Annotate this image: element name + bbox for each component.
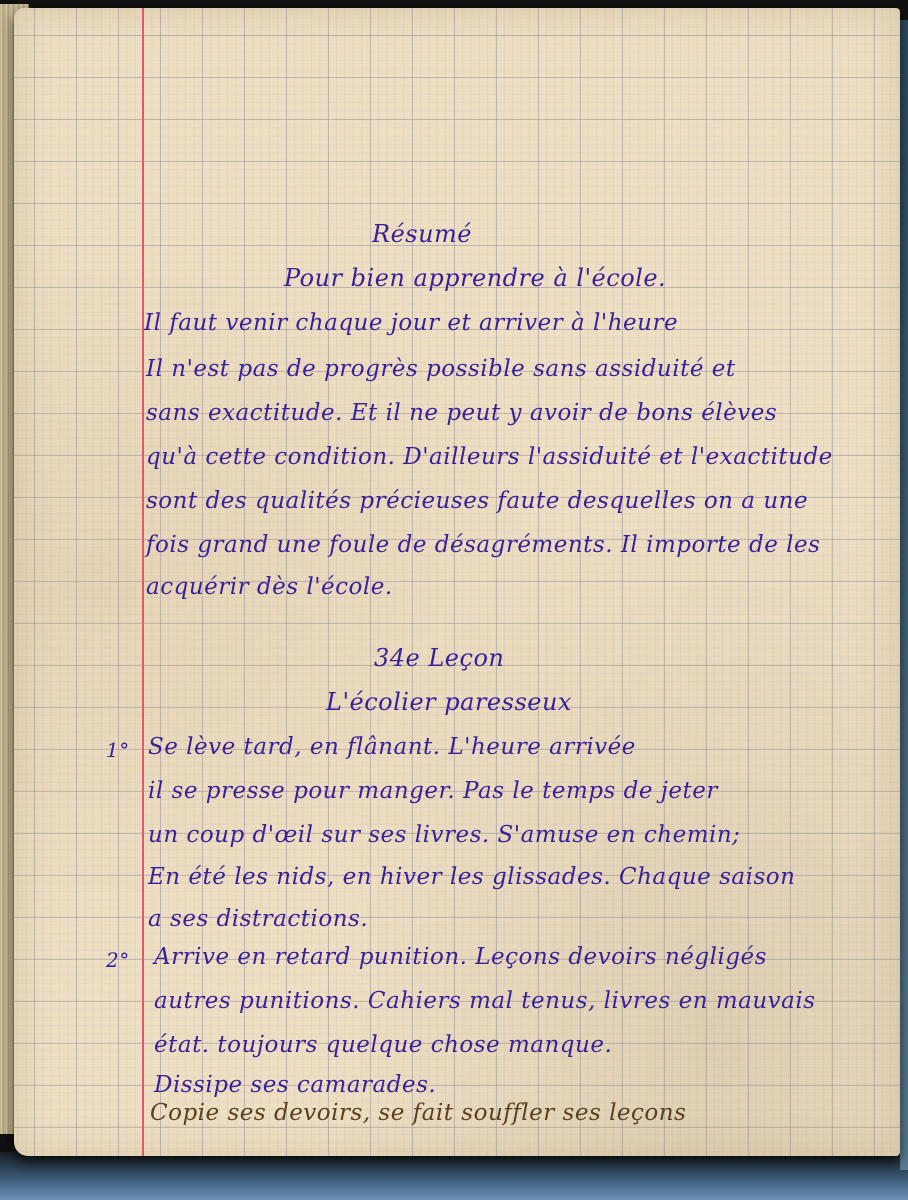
lesson-line: En été les nids, en hiver les glissades.… xyxy=(148,864,795,890)
item-marker: 2° xyxy=(106,948,130,972)
resume-line: acquérir dès l'école. xyxy=(146,574,393,600)
resume-line: Il n'est pas de progrès possible sans as… xyxy=(146,356,736,382)
red-margin-line xyxy=(142,8,144,1156)
lesson-line: Dissipe ses camarades. xyxy=(154,1072,436,1098)
resume-line: qu'à cette condition. D'ailleurs l'assid… xyxy=(146,444,833,470)
lesson-line: état. toujours quelque chose manque. xyxy=(154,1032,612,1058)
lesson-line: un coup d'œil sur ses livres. S'amuse en… xyxy=(148,822,740,848)
table-surface xyxy=(0,1152,908,1200)
resume-subheading: Pour bien apprendre à l'école. xyxy=(284,264,666,292)
scanned-notebook-scene: Résumé Pour bien apprendre à l'école. Il… xyxy=(0,0,908,1200)
notebook-page: Résumé Pour bien apprendre à l'école. Il… xyxy=(14,8,900,1156)
lesson-number: 34e Leçon xyxy=(374,644,504,672)
lesson-line: il se presse pour manger. Pas le temps d… xyxy=(148,778,718,804)
resume-line: sont des qualités précieuses faute desqu… xyxy=(146,488,808,514)
lesson-line: Arrive en retard punition. Leçons devoir… xyxy=(154,944,767,970)
resume-line: fois grand une foule de désagréments. Il… xyxy=(146,532,820,558)
pencil-addition: Copie ses devoirs, se fait souffler ses … xyxy=(150,1100,686,1126)
table-edge xyxy=(900,20,908,1170)
lesson-title: L'écolier paresseux xyxy=(326,688,572,716)
resume-line: sans exactitude. Et il ne peut y avoir d… xyxy=(146,400,777,426)
resume-heading: Résumé xyxy=(372,220,472,248)
resume-line: Il faut venir chaque jour et arriver à l… xyxy=(144,310,678,336)
lesson-line: a ses distractions. xyxy=(148,906,368,932)
lesson-line: autres punitions. Cahiers mal tenus, liv… xyxy=(154,988,816,1014)
lesson-line: Se lève tard, en flânant. L'heure arrivé… xyxy=(148,734,636,760)
item-marker: 1° xyxy=(106,738,130,762)
